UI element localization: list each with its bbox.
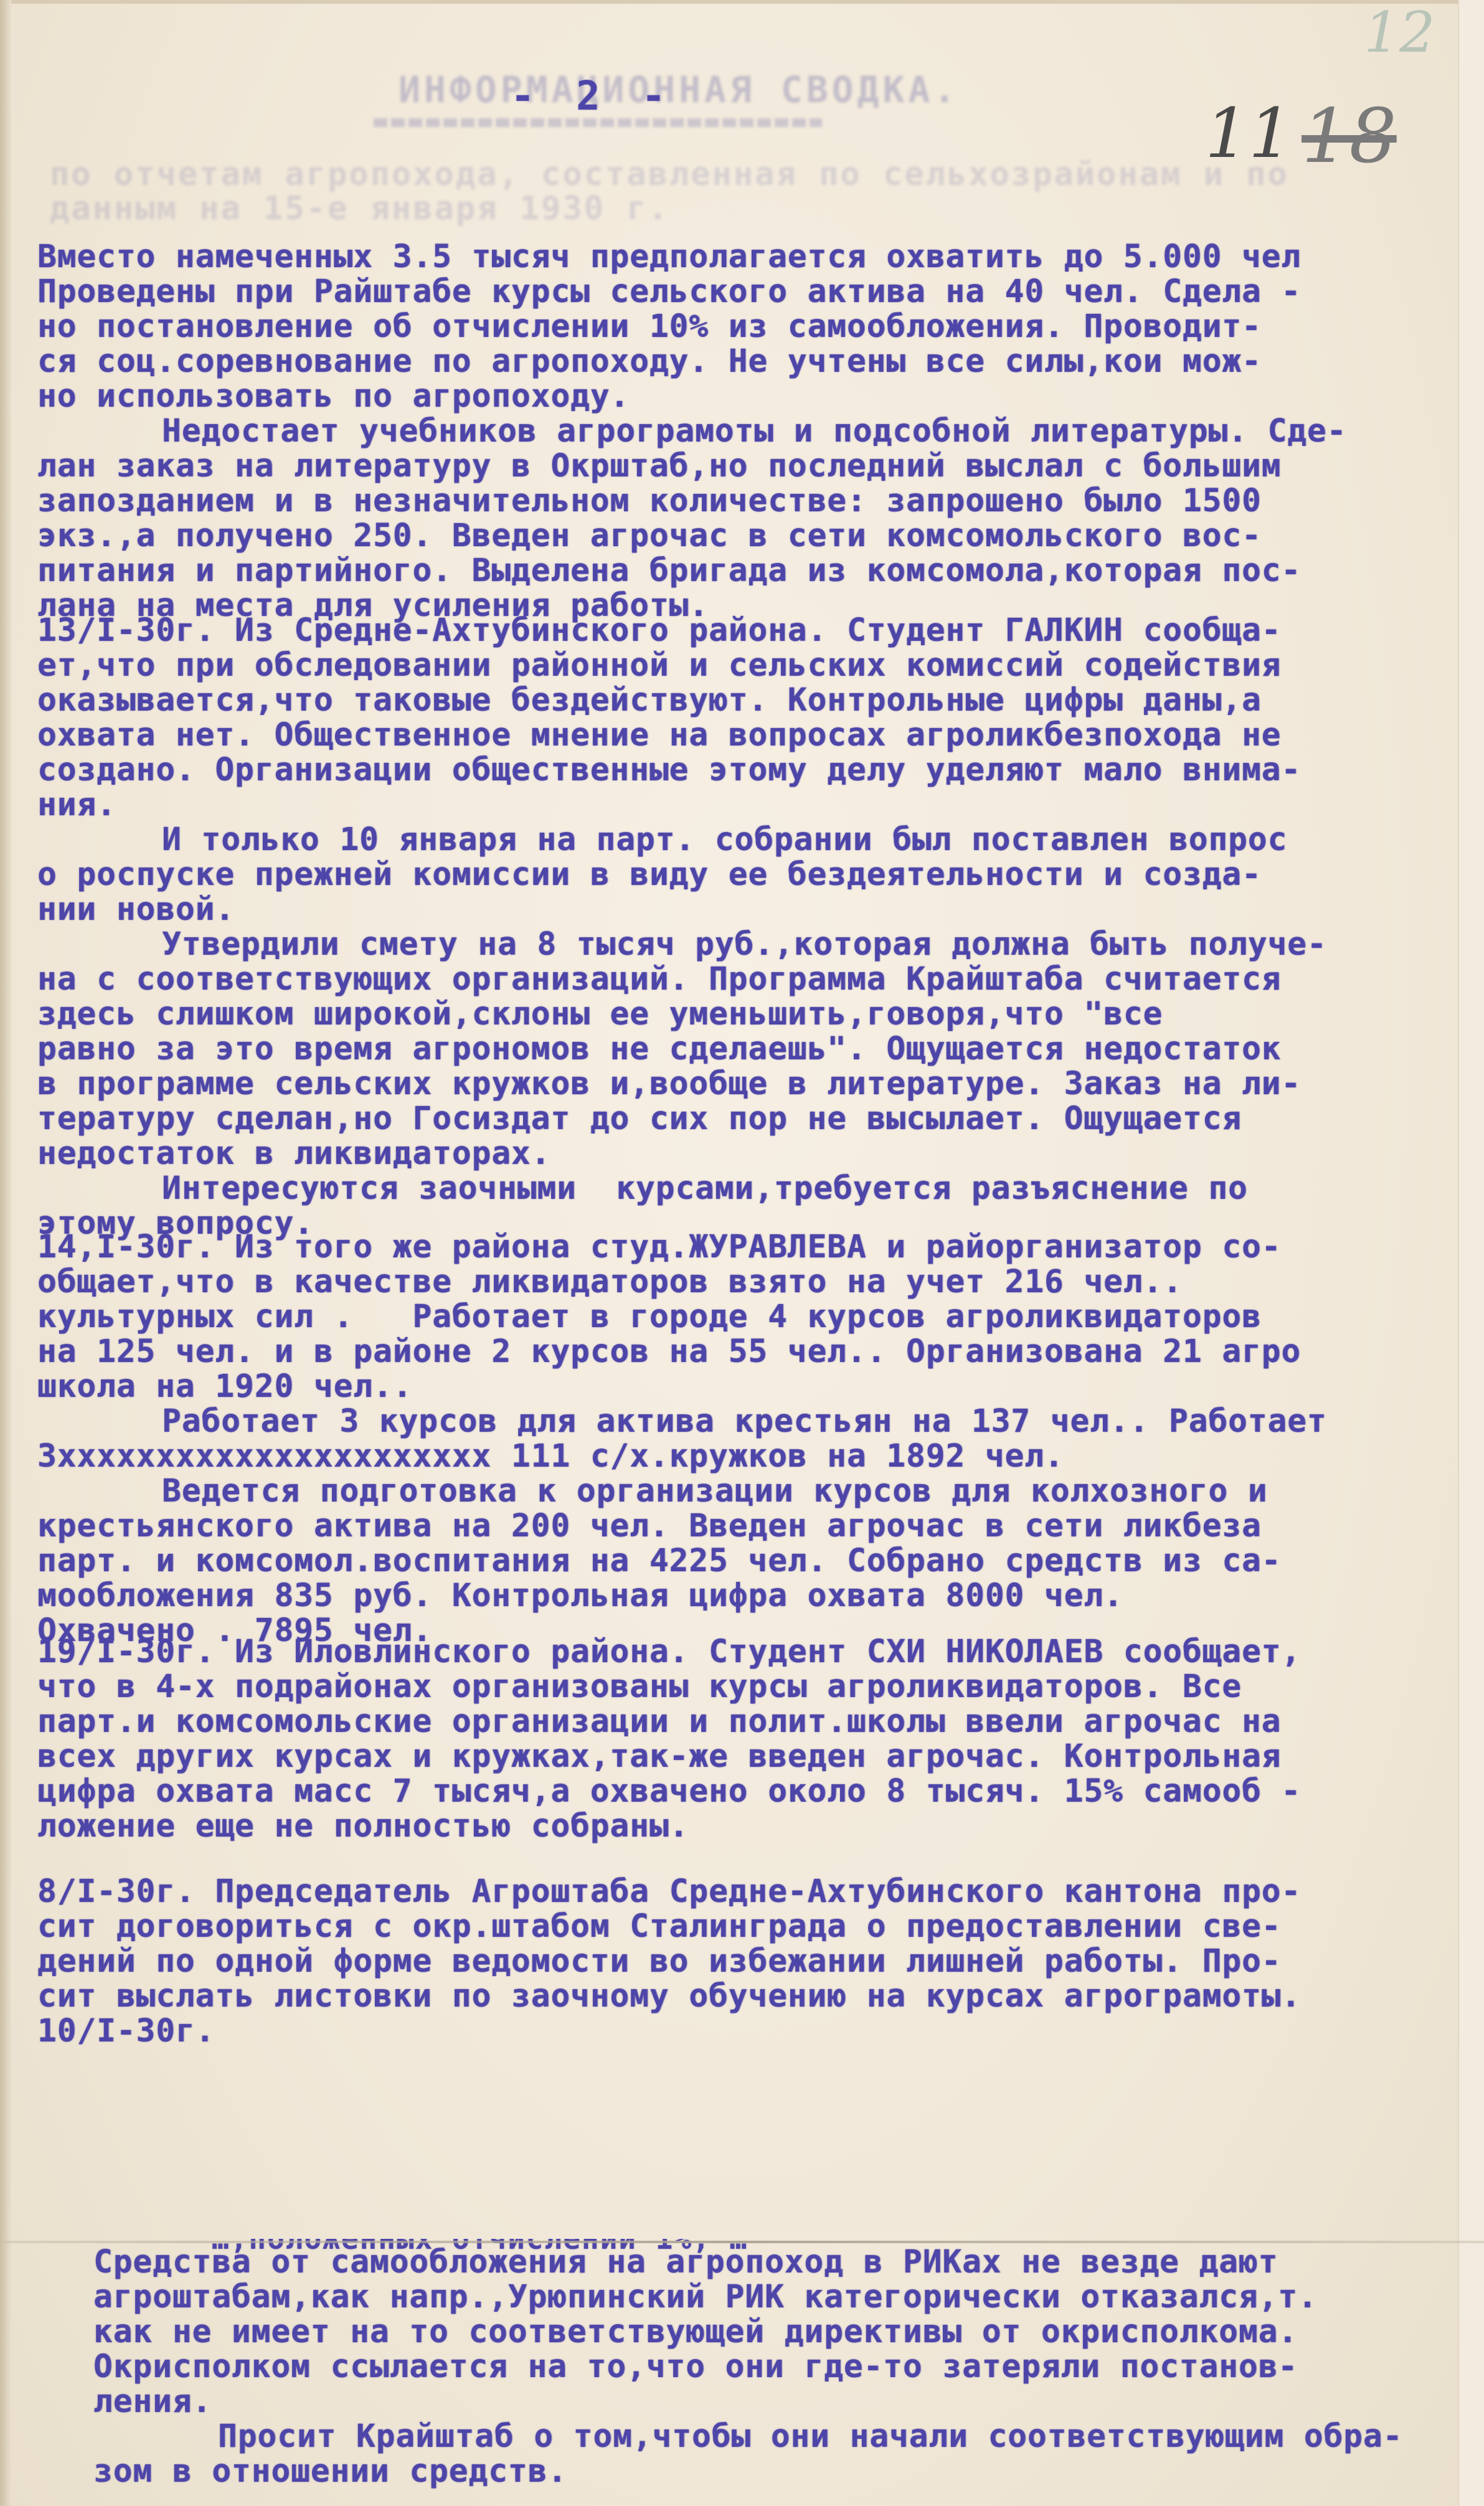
text-line: зом в отношении средств. bbox=[93, 2454, 1484, 2489]
text-line: в программе сельских кружков и,вообще в … bbox=[37, 1067, 1432, 1102]
text-line: ления. bbox=[93, 2385, 1484, 2419]
text-line: общает,что в качестве ликвидаторов взято… bbox=[37, 1265, 1432, 1300]
text-line: Работает 3 курсов для актива крестьян на… bbox=[37, 1404, 1432, 1439]
section-intro: Вместо намеченных 3.5 тысяч предполагает… bbox=[37, 240, 1432, 623]
text-line: Утвердили смету на 8 тысяч руб.,которая … bbox=[37, 927, 1432, 962]
text-line: но использовать по агропоходу. bbox=[37, 379, 1432, 414]
section-report-13-jan: 13/I-30г. Из Средне-Ахтубинского района.… bbox=[37, 613, 1432, 1241]
text-line: здесь слишком широкой,склоны ее уменьшит… bbox=[37, 997, 1432, 1032]
text-line: И только 10 января на парт. собрании был… bbox=[37, 823, 1432, 858]
text-line: цифра охвата масс 7 тысяч,а охвачено око… bbox=[37, 1774, 1432, 1809]
page-number: - 2 - bbox=[511, 73, 674, 120]
ghost-line-1: по отчетам агропохода, составленная по с… bbox=[50, 156, 1289, 193]
ghost-line-2: данным на 15-е января 1930 г. bbox=[50, 190, 669, 227]
text-line: ся соц.соревнование по агропоходу. Не уч… bbox=[37, 344, 1432, 379]
struck-through-line: 3xxxxxxxxxxxxxxxxxxxxxx 111 с/х.кружков … bbox=[37, 1439, 1432, 1474]
page-right-margin bbox=[1458, 0, 1484, 2506]
text-line: Окрисполком ссылается на то,что они где-… bbox=[93, 2350, 1484, 2385]
report-heading-line: 14,I-30г. Из того же района студ.ЖУРАВЛЕ… bbox=[37, 1230, 1432, 1265]
text-line: Средства от самообложения на агропоход в… bbox=[93, 2245, 1484, 2280]
text-line: парт.и комсомольские организации и полит… bbox=[37, 1705, 1432, 1739]
report-heading-line: 13/I-30г. Из Средне-Ахтубинского района.… bbox=[37, 613, 1432, 648]
text-line: равно за это время агрономов не сделаешь… bbox=[37, 1032, 1432, 1067]
page-top-edge bbox=[0, 0, 1484, 4]
text-line: на 125 чел. и в районе 2 курсов на 55 че… bbox=[37, 1335, 1432, 1369]
text-line: парт. и комсомол.воспитания на 4225 чел.… bbox=[37, 1544, 1432, 1579]
paper-fold-edge bbox=[0, 2241, 1484, 2243]
text-line: Ведется подготовка к организации курсов … bbox=[37, 1474, 1432, 1509]
report-heading-line: 8/I-30г. Председатель Агроштаба Средне-А… bbox=[37, 1875, 1432, 1909]
ghost-header-title: ИНФОРМАЦИОННАЯ СВОДКА. bbox=[399, 69, 959, 111]
text-line: 10/I-30г. bbox=[37, 2014, 1432, 2049]
text-line: но постановление об отчислении 10% из са… bbox=[37, 310, 1432, 344]
archive-sheet-number-crossed: 18 bbox=[1302, 93, 1397, 180]
document-page: ИНФОРМАЦИОННАЯ СВОДКА. - 2 - 11 18 12 по… bbox=[0, 0, 1484, 2506]
text-line: всех других курсах и кружках,так-же введ… bbox=[37, 1739, 1432, 1774]
text-line: на с соответствующих организаций. Програ… bbox=[37, 962, 1432, 997]
text-line: тературу сделан,но Госиздат до сих пор н… bbox=[37, 1102, 1432, 1137]
section-report-08-jan: 8/I-30г. Председатель Агроштаба Средне-А… bbox=[37, 1875, 1432, 2049]
text-line: нии новой. bbox=[37, 892, 1432, 927]
text-line: создано. Организации общественные этому … bbox=[37, 753, 1432, 788]
text-line: охвата нет. Общественное мнение на вопро… bbox=[37, 718, 1432, 753]
text-line: культурных сил . Работает в городе 4 кур… bbox=[37, 1300, 1432, 1335]
text-line: недостаток в ликвидаторах. bbox=[37, 1137, 1432, 1171]
text-line: Просит Крайштаб о том,чтобы они начали с… bbox=[93, 2419, 1484, 2454]
text-line: экз.,а получено 250. Введен агрочас в се… bbox=[37, 519, 1432, 554]
text-line: ложение еще не полностью собраны. bbox=[37, 1809, 1432, 1844]
text-line: оказывается,что таковые бездействуют. Ко… bbox=[37, 683, 1432, 718]
text-line: ет,что при обследовании районной и сельс… bbox=[37, 648, 1432, 683]
text-line: сит выслать листовки по заочному обучени… bbox=[37, 1979, 1432, 2014]
text-line: питания и партийного. Выделена бригада и… bbox=[37, 554, 1432, 589]
text-line: Недостает учебников агрограмоты и подсоб… bbox=[37, 414, 1432, 449]
section-tail: Средства от самообложения на агропоход в… bbox=[93, 2245, 1484, 2489]
text-line: что в 4-х подрайонах организованы курсы … bbox=[37, 1670, 1432, 1705]
report-heading-line: 19/I-30г. Из Иловлинского района. Студен… bbox=[37, 1635, 1432, 1670]
text-line: сит договориться с окр.штабом Сталинград… bbox=[37, 1909, 1432, 1944]
text-line: школа на 1920 чел.. bbox=[37, 1369, 1432, 1404]
ghost-header-underline bbox=[374, 118, 822, 127]
corner-pencil-mark: 12 bbox=[1364, 0, 1435, 65]
text-line: крестьянского актива на 200 чел. Введен … bbox=[37, 1509, 1432, 1544]
text-line: Проведены при Райштабе курсы сельского а… bbox=[37, 275, 1432, 310]
text-line: о роспуске прежней комиссии в виду ее бе… bbox=[37, 858, 1432, 892]
text-line: Интересуются заочными курсами,требуется … bbox=[37, 1171, 1432, 1206]
text-line: ния. bbox=[37, 788, 1432, 823]
text-line: запозданием и в незначительном количеств… bbox=[37, 484, 1432, 519]
text-line: дений по одной форме ведомости во избежа… bbox=[37, 1944, 1432, 1979]
section-report-14-jan: 14,I-30г. Из того же района студ.ЖУРАВЛЕ… bbox=[37, 1230, 1432, 1648]
text-line: лан заказ на литературу в Окрштаб,но пос… bbox=[37, 449, 1432, 484]
section-report-19-jan: 19/I-30г. Из Иловлинского района. Студен… bbox=[37, 1635, 1432, 1844]
text-line: мообложения 835 руб. Контрольная цифра о… bbox=[37, 1579, 1432, 1614]
text-line: как не имеет на то соответствующей дирек… bbox=[93, 2315, 1484, 2350]
page-left-edge bbox=[0, 0, 11, 2506]
text-line: агроштабам,как напр.,Урюпинский РИК кате… bbox=[93, 2280, 1484, 2315]
text-line: Вместо намеченных 3.5 тысяч предполагает… bbox=[37, 240, 1432, 275]
